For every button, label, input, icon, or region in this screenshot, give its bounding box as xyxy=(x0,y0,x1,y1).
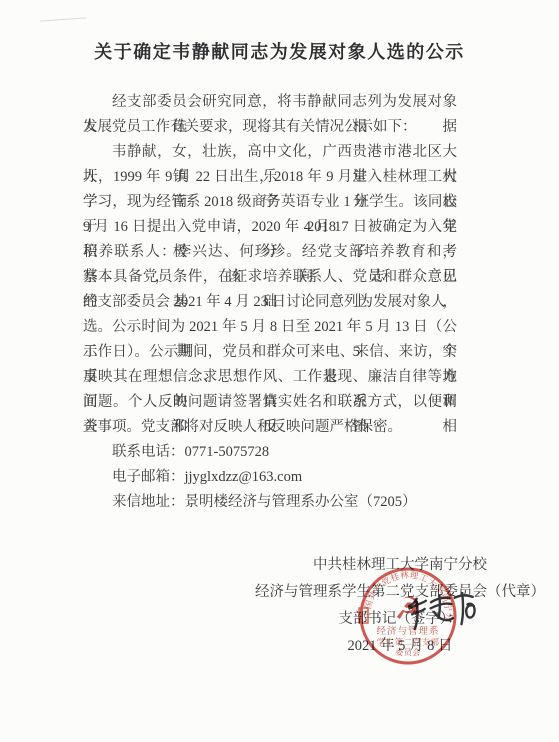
contact-email-line: 电子邮箱：jjyglxdzz@163.com xyxy=(83,465,457,490)
body-line: 发展党员工作有关要求，现将其有关情况公示如下： xyxy=(83,115,457,140)
body-line: 关事项。党支部将对反映人和反映问题严格保密。 xyxy=(83,415,457,440)
body-line: 反映其在理想信念、思想作风、工作表现、廉洁自律等方面的情况和 xyxy=(83,365,457,390)
org-name-line-2: 经济与管理系学生第二党支部委员会（代章） xyxy=(245,579,555,606)
secretary-sign-label: 支部书记（签字）： xyxy=(245,606,555,633)
body-line: 9 月 16 日提出入党申请，2020 年 4 月 17 日被确定为入党积极分子… xyxy=(83,215,457,240)
document-title: 关于确定韦静献同志为发展对象人选的公示 xyxy=(0,38,559,64)
body-line: 经支部委员会研究同意，将韦静献同志列为发展对象人选。根据 xyxy=(83,90,457,115)
org-name-line-1: 中共桂林理工大学南宁分校 xyxy=(245,552,555,579)
body-line: 公示时间为 2021 年 5 月 8 日至 2021 年 5 月 13 日（公示… xyxy=(83,315,457,340)
document-body: 经支部委员会研究同意，将韦静献同志列为发展对象人选。根据 发展党员工作有关要求，… xyxy=(83,90,457,515)
body-line: 人，1999 年 9 月 22 日出生，2018 年 9 月进入桂林理工大学南宁… xyxy=(83,165,457,190)
contact-address-line: 来信地址：景明楼经济与管理系办公室（7205） xyxy=(83,490,457,515)
body-line: 工作日）。公示期间，党员和群众可来电、来信、来访，实事求是地 xyxy=(83,340,457,365)
body-line: 学习，现为经管系 2018 级商务英语专业 1 班学生。该同志于 2018 年 xyxy=(83,190,457,215)
signature-graphic xyxy=(408,592,478,630)
scanned-document-page: 关于确定韦静献同志为发展对象人选的公示 经支部委员会研究同意，将韦静献同志列为发… xyxy=(0,0,559,742)
body-line: 基本具备党员条件，在征求培养联系人、党员和群众意见的基础上， xyxy=(83,265,457,290)
body-line: 问题。个人反映问题请签署真实姓名和联系方式，以便调查和反馈相 xyxy=(83,390,457,415)
pencil-scratch-artifact xyxy=(40,17,86,21)
document-date: 2021 年 5 月 8 日 xyxy=(245,633,555,660)
body-line: 韦静献，女，壮族，高中文化，广西贵港市港北区大圩镇乐堂村 xyxy=(83,140,457,165)
body-line: 经支部委员会 2021 年 4 月 23 日讨论同意列为发展对象人选。 xyxy=(83,290,457,315)
signature-block: 中共桂林理工大学南宁分校 经济与管理系学生第二党支部委员会（代章） 支部书记（签… xyxy=(245,552,555,660)
body-line: 培养联系人：李兴达、何珍珍。经党支部培养教育和考察，该同志已 xyxy=(83,240,457,265)
contact-phone-line: 联系电话：0771-5075728 xyxy=(83,440,457,465)
